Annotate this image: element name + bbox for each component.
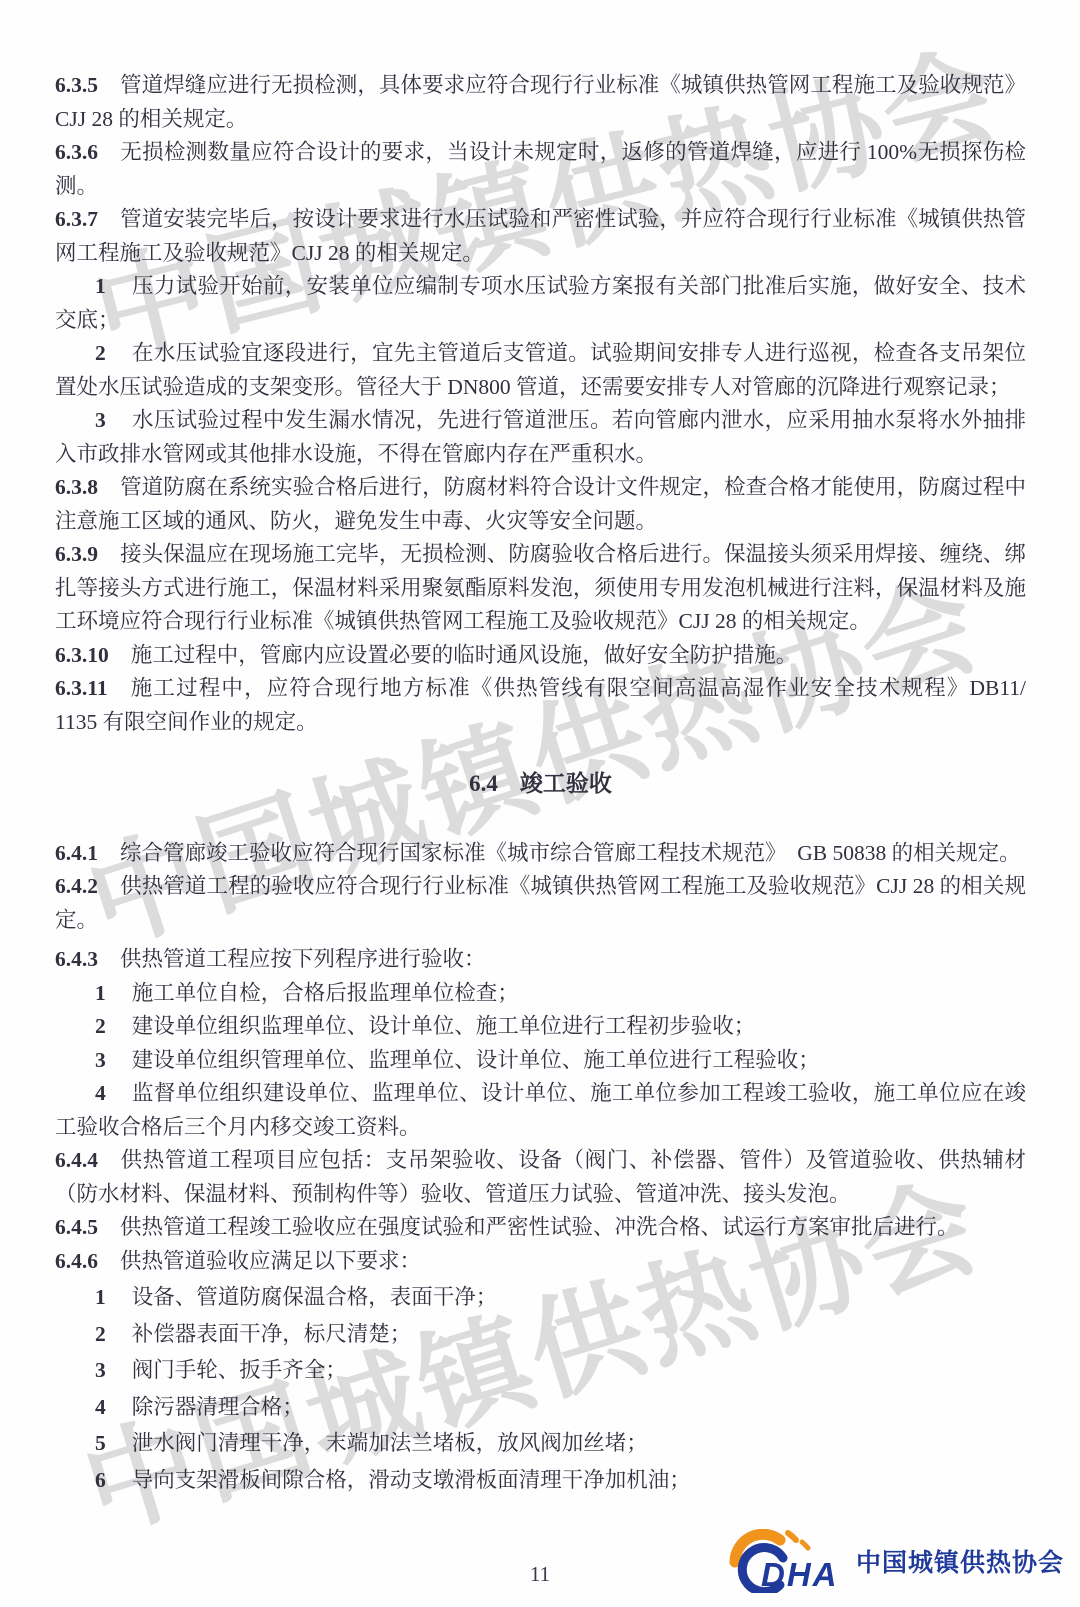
clause-paragraph: 6.4.4供热管道工程项目应包括：支吊架验收、设备（阀门、补偿器、管件）及管道验… [55, 1144, 1026, 1211]
paragraph-number: 1 [95, 981, 106, 1005]
clause-paragraph: 6.4.3供热管道工程应按下列程序进行验收： [55, 943, 1026, 977]
paragraph-number: 4 [95, 1395, 106, 1419]
list-item: 4监督单位组织建设单位、监理单位、设计单位、施工单位参加工程竣工验收，施工单位应… [55, 1077, 1026, 1144]
clause-paragraph: 6.3.5管道焊缝应进行无损检测，具体要求应符合现行行业标准《城镇供热管网工程施… [55, 69, 1026, 136]
list-item: 5泄水阀门清理干净，末端加法兰堵板，放风阀加丝堵； [55, 1427, 1026, 1461]
paragraph-text: 除污器清理合格； [132, 1395, 304, 1419]
paragraph-text: 建设单位组织管理单位、监理单位、设计单位、施工单位进行工程验收； [132, 1048, 820, 1072]
logo-acronym: DHA [761, 1556, 839, 1593]
list-item: 4除污器清理合格； [55, 1391, 1026, 1425]
list-item: 1设备、管道防腐保温合格，表面干净； [55, 1281, 1026, 1315]
paragraph-number: 6.3.5 [55, 73, 98, 97]
clause-paragraph: 6.4.1综合管廊竣工验收应符合现行国家标准《城市综合管廊工程技术规范》 GB … [55, 837, 1026, 871]
paragraph-number: 1 [95, 274, 106, 298]
paragraph-number: 2 [95, 341, 106, 365]
paragraph-text: 供热管道工程竣工验收应在强度试验和严密性试验、冲洗合格、试运行方案审批后进行。 [120, 1215, 959, 1239]
paragraph-text: 供热管道工程的验收应符合现行行业标准《城镇供热管网工程施工及验收规范》CJJ 2… [55, 874, 1026, 932]
paragraph-number: 6.3.8 [55, 475, 98, 499]
document-page: 中国城镇供热协会 中国城镇供热协会 中国城镇供热协会 6.3.5管道焊缝应进行无… [0, 0, 1080, 1607]
clause-paragraph: 6.3.9接头保温应在现场施工完毕，无损检测、防腐验收合格后进行。保温接头须采用… [55, 538, 1026, 639]
paragraph-text: 设备、管道防腐保温合格，表面干净； [132, 1285, 498, 1309]
paragraph-number: 3 [95, 408, 106, 432]
logo-org-name: 中国城镇供热协会 [856, 1543, 1064, 1579]
document-body: 6.3.5管道焊缝应进行无损检测，具体要求应符合现行行业标准《城镇供热管网工程施… [55, 69, 1026, 1497]
paragraph-text: 导向支架滑板间隙合格，滑动支墩滑板面清理干净加机油； [132, 1468, 691, 1492]
paragraph-text: 接头保温应在现场施工完毕，无损检测、防腐验收合格后进行。保温接头须采用焊接、缠绕… [55, 542, 1026, 633]
paragraph-text: 水压试验过程中发生漏水情况，先进行管道泄压。若向管廊内泄水，应采用抽水泵将水外抽… [55, 408, 1026, 466]
paragraph-number: 1 [95, 1285, 106, 1309]
paragraph-text: 供热管道工程应按下列程序进行验收： [120, 947, 486, 971]
list-item: 6导向支架滑板间隙合格，滑动支墩滑板面清理干净加机油； [55, 1464, 1026, 1498]
section-number: 6.4 [469, 771, 498, 796]
paragraph-number: 6 [95, 1468, 106, 1492]
clause-paragraph: 6.3.8管道防腐在系统实验合格后进行，防腐材料符合设计文件规定，检查合格才能使… [55, 471, 1026, 538]
logo-swoosh-icon: DHA [728, 1529, 846, 1593]
list-item: 2补偿器表面干净，标尺清楚； [55, 1318, 1026, 1352]
paragraph-text: 供热管道验收应满足以下要求： [120, 1249, 421, 1273]
paragraph-text: 供热管道工程项目应包括：支吊架验收、设备（阀门、补偿器、管件）及管道验收、供热辅… [55, 1148, 1026, 1206]
paragraph-text: 监督单位组织建设单位、监理单位、设计单位、施工单位参加工程竣工验收，施工单位应在… [55, 1081, 1026, 1139]
paragraph-number: 6.4.1 [55, 841, 98, 865]
list-item: 2建设单位组织监理单位、设计单位、施工单位进行工程初步验收； [55, 1010, 1026, 1044]
paragraph-text: 管道焊缝应进行无损检测，具体要求应符合现行行业标准《城镇供热管网工程施工及验收规… [55, 73, 1026, 131]
paragraph-text: 施工过程中，管廊内应设置必要的临时通风设施，做好安全防护措施。 [131, 643, 798, 667]
paragraph-number: 2 [95, 1322, 106, 1346]
paragraph-number: 6.3.7 [55, 207, 98, 231]
paragraph-number: 6.3.9 [55, 542, 98, 566]
paragraph-number: 5 [95, 1431, 106, 1455]
paragraph-text: 建设单位组织监理单位、设计单位、施工单位进行工程初步验收； [132, 1014, 756, 1038]
clause-paragraph: 6.3.7管道安装完毕后，按设计要求进行水压试验和严密性试验，并应符合现行行业标… [55, 203, 1026, 270]
list-item: 2在水压试验宜逐段进行，宜先主管道后支管道。试验期间安排专人进行巡视，检查各支吊… [55, 337, 1026, 404]
list-item: 3水压试验过程中发生漏水情况，先进行管道泄压。若向管廊内泄水，应采用抽水泵将水外… [55, 404, 1026, 471]
paragraph-number: 6.3.11 [55, 676, 108, 700]
clause-paragraph: 6.4.6供热管道验收应满足以下要求： [55, 1245, 1026, 1279]
paragraph-number: 3 [95, 1358, 106, 1382]
paragraph-number: 6.4.5 [55, 1215, 98, 1239]
paragraph-text: 在水压试验宜逐段进行，宜先主管道后支管道。试验期间安排专人进行巡视，检查各支吊架… [55, 341, 1026, 399]
paragraph-text: 综合管廊竣工验收应符合现行国家标准《城市综合管廊工程技术规范》 GB 50838… [120, 841, 1021, 865]
list-item: 1压力试验开始前，安装单位应编制专项水压试验方案报有关部门批准后实施，做好安全、… [55, 270, 1026, 337]
section-heading: 6.4竣工验收 [55, 767, 1026, 801]
paragraph-number: 2 [95, 1014, 106, 1038]
paragraph-text: 竣工验收 [520, 771, 612, 796]
clause-paragraph: 6.3.11施工过程中，应符合现行地方标准《供热管线有限空间高温高湿作业安全技术… [55, 672, 1026, 739]
paragraph-number: 3 [95, 1048, 106, 1072]
paragraph-text: 管道防腐在系统实验合格后进行，防腐材料符合设计文件规定，检查合格才能使用，防腐过… [55, 475, 1026, 533]
paragraph-number: 6.4.6 [55, 1249, 98, 1273]
paragraph-number: 6.3.10 [55, 643, 109, 667]
paragraph-number: 6.3.6 [55, 140, 98, 164]
paragraph-text: 施工过程中，应符合现行地方标准《供热管线有限空间高温高湿作业安全技术规程》DB1… [55, 676, 1026, 734]
paragraph-text: 施工单位自检，合格后报监理单位检查； [132, 981, 519, 1005]
paragraph-text: 管道安装完毕后，按设计要求进行水压试验和严密性试验，并应符合现行行业标准《城镇供… [55, 207, 1026, 265]
clause-paragraph: 6.3.6无损检测数量应符合设计的要求，当设计未规定时，返修的管道焊缝，应进行 … [55, 136, 1026, 203]
paragraph-text: 阀门手轮、扳手齐全； [132, 1358, 347, 1382]
list-item: 3阀门手轮、扳手齐全； [55, 1354, 1026, 1388]
paragraph-number: 6.4.2 [55, 874, 98, 898]
list-item: 1施工单位自检，合格后报监理单位检查； [55, 977, 1026, 1011]
paragraph-text: 无损检测数量应符合设计的要求，当设计未规定时，返修的管道焊缝，应进行 100%无… [55, 140, 1026, 198]
paragraph-text: 压力试验开始前，安装单位应编制专项水压试验方案报有关部门批准后实施，做好安全、技… [55, 274, 1026, 332]
paragraph-number: 4 [95, 1081, 106, 1105]
paragraph-text: 补偿器表面干净，标尺清楚； [132, 1322, 412, 1346]
clause-paragraph: 6.4.2供热管道工程的验收应符合现行行业标准《城镇供热管网工程施工及验收规范》… [55, 870, 1026, 937]
paragraph-text: 泄水阀门清理干净，末端加法兰堵板，放风阀加丝堵； [132, 1431, 648, 1455]
clause-paragraph: 6.4.5供热管道工程竣工验收应在强度试验和严密性试验、冲洗合格、试运行方案审批… [55, 1211, 1026, 1245]
paragraph-number: 6.4.4 [55, 1148, 98, 1172]
list-item: 3建设单位组织管理单位、监理单位、设计单位、施工单位进行工程验收； [55, 1044, 1026, 1078]
paragraph-number: 6.4.3 [55, 947, 98, 971]
clause-paragraph: 6.3.10施工过程中，管廊内应设置必要的临时通风设施，做好安全防护措施。 [55, 639, 1026, 673]
cdha-logo: DHA 中国城镇供热协会 [728, 1529, 1064, 1593]
